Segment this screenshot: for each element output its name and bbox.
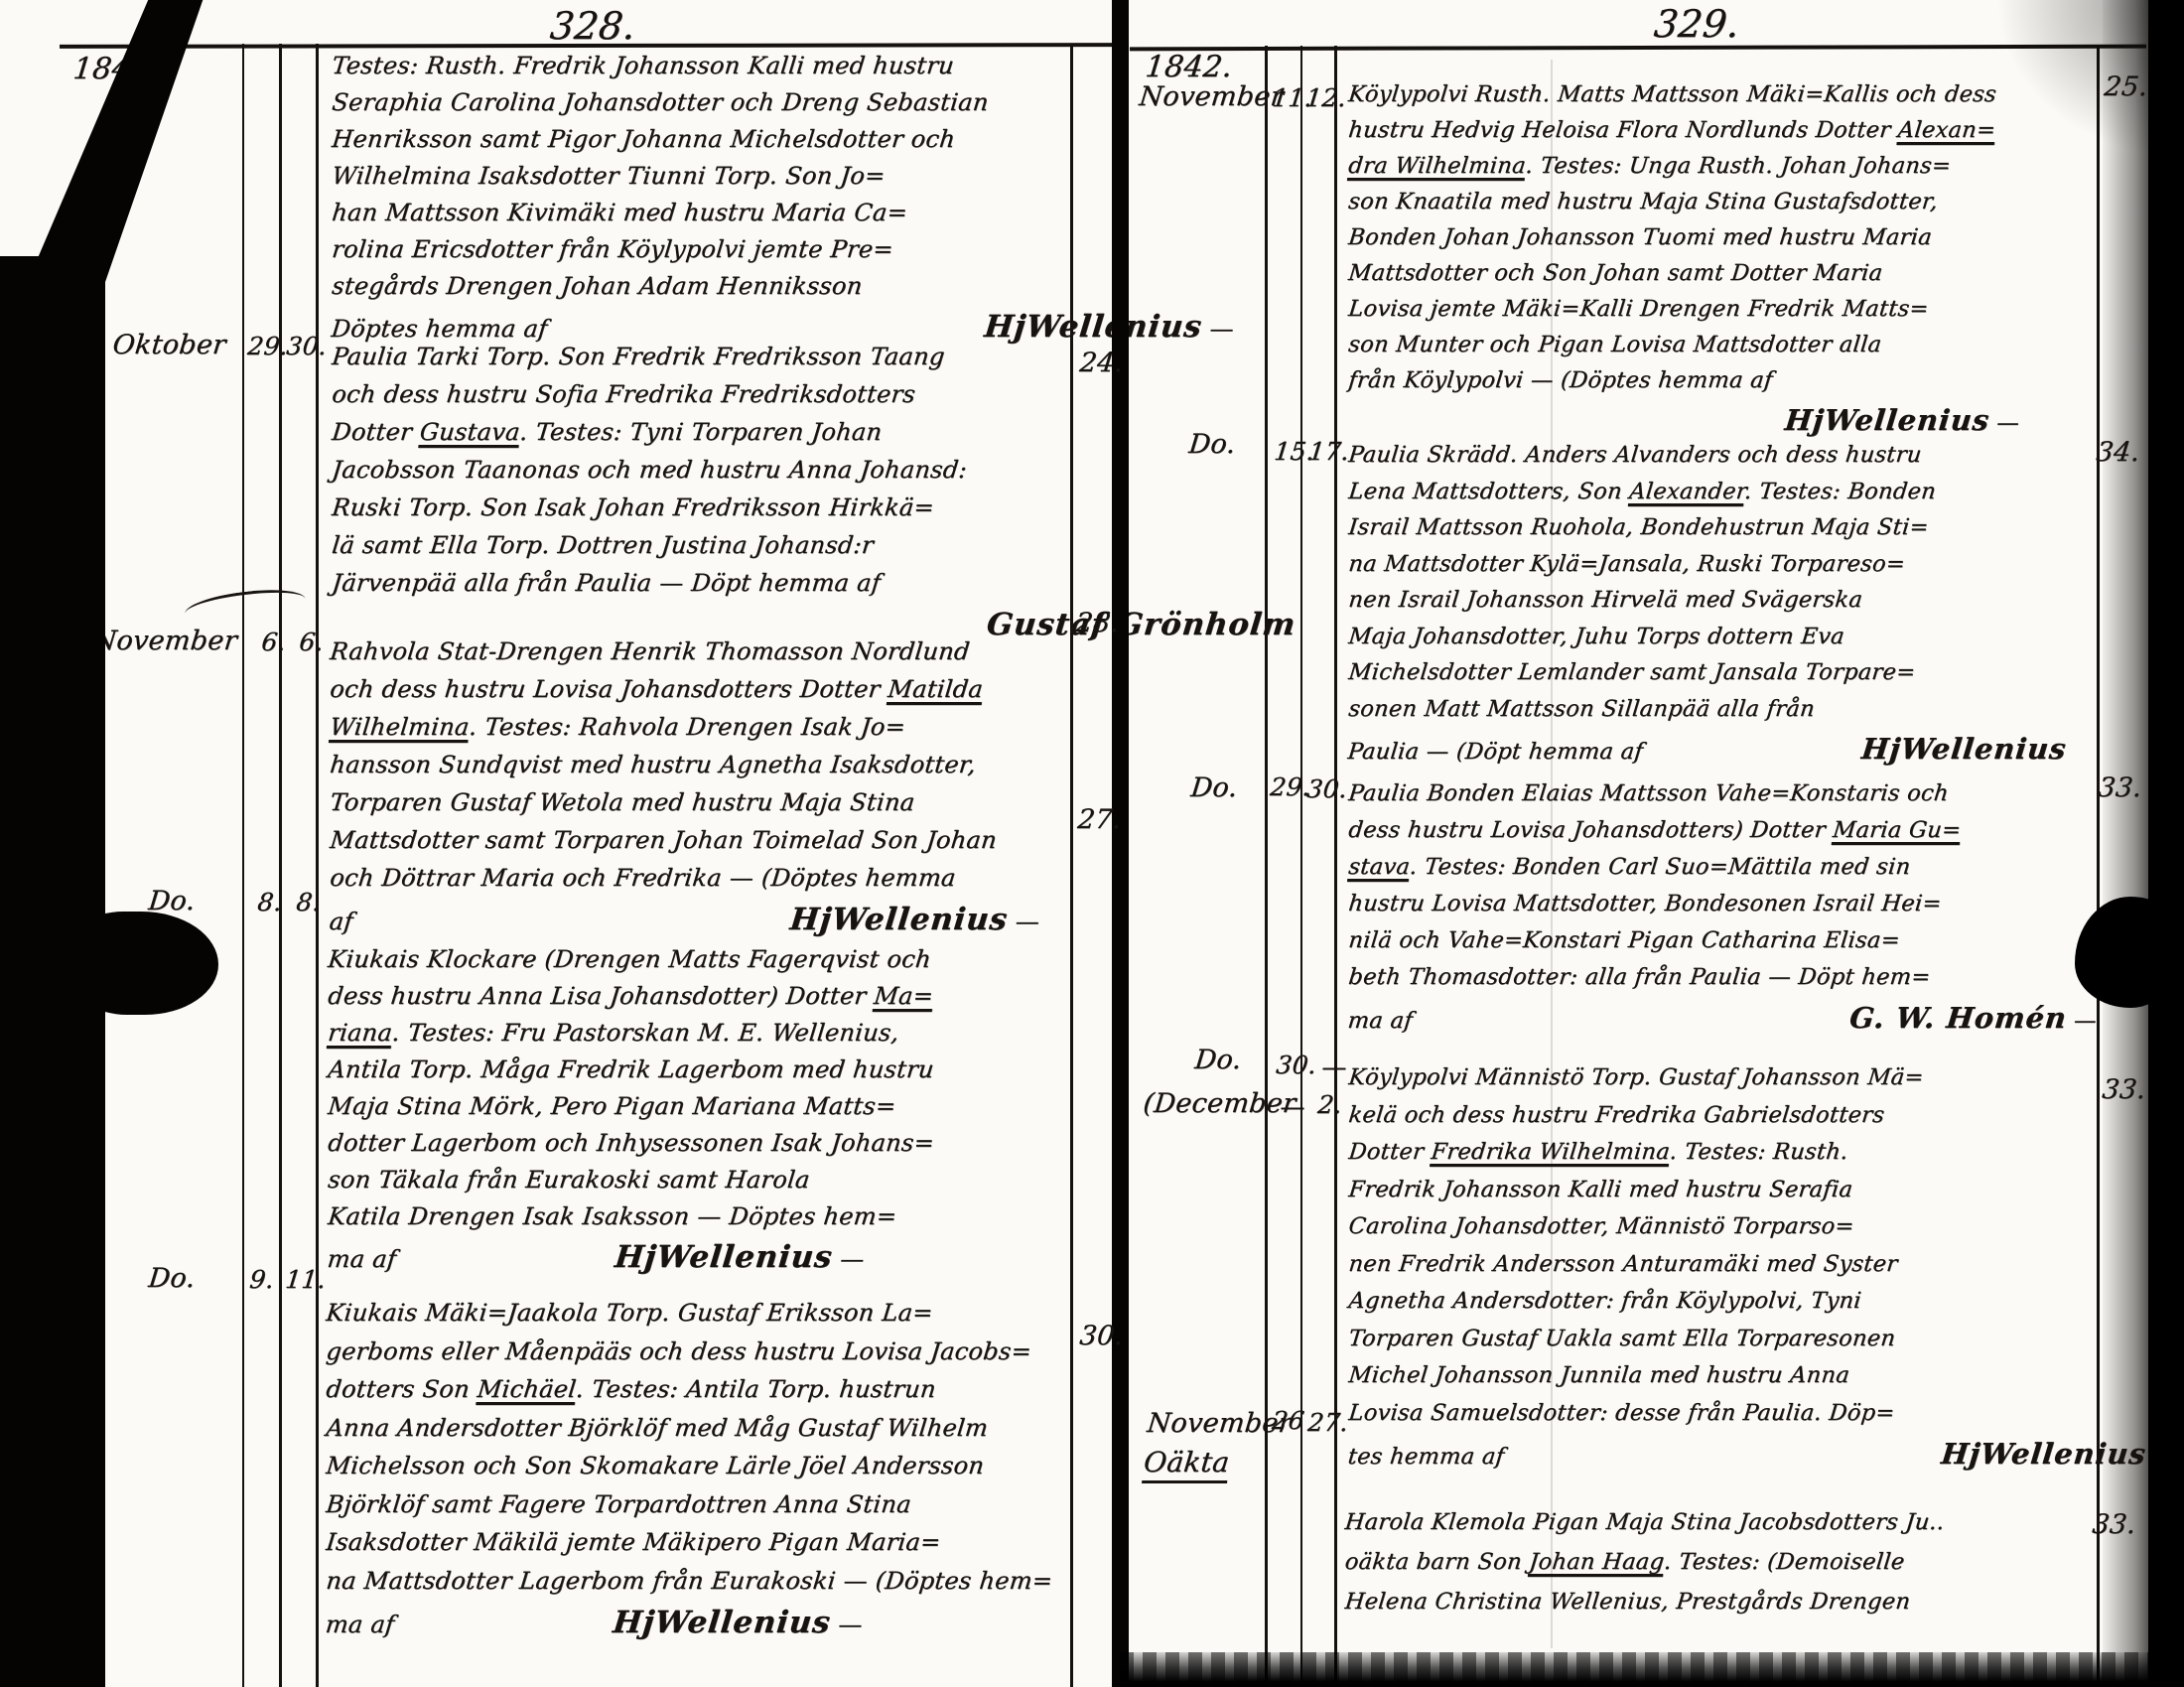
entry-line: stegårds Drengen Johan Adam Henniksson bbox=[330, 272, 1073, 309]
entry-line: Dotter Fredrika Wilhelmina. Testes: Rust… bbox=[1346, 1139, 2097, 1177]
entry-line: Henriksson samt Pigor Johanna Michelsdot… bbox=[330, 125, 1073, 162]
margin-number: 33. bbox=[2101, 1074, 2147, 1105]
entry-line: Lovisa jemte Mäki=Kalli Drengen Fredrik … bbox=[1346, 296, 2097, 332]
margin-number: 34. bbox=[2095, 437, 2141, 468]
date-day-1: 30. bbox=[1275, 1051, 1318, 1079]
entry-line: Harola Klemola Pigan Maja Stina Jacobsdo… bbox=[1342, 1509, 2101, 1549]
margin-number: 25. bbox=[2103, 71, 2149, 102]
entry-line: Maja Stina Mörk, Pero Pigan Mariana Matt… bbox=[326, 1092, 1074, 1129]
margin-number: 33. bbox=[2091, 1509, 2137, 1540]
entry-line: Ruski Torp. Son Isak Johan Fredriksson H… bbox=[330, 493, 1073, 531]
entry-line: nen Israil Johansson Hirvelä med Svägers… bbox=[1346, 587, 2097, 624]
entry-block: Köylypolvi Rusth. Matts Mattsson Mäki=Ka… bbox=[1346, 81, 2093, 439]
date-day-2: 17. bbox=[1307, 437, 1351, 466]
date-day-1: 9. bbox=[248, 1265, 276, 1294]
entry-line: HjWellenius — bbox=[1346, 403, 2097, 439]
decorative-flourish bbox=[184, 585, 308, 629]
entry-line: Lena Mattsdotters, Son Alexander. Testes… bbox=[1346, 479, 2097, 515]
entry-line: Michelsson och Son Skomakare Lärle Jöel … bbox=[324, 1452, 1074, 1490]
entry-line: rolina Ericsdotter från Köylypolvi jemte… bbox=[330, 235, 1073, 272]
register-scan: 328. 329. 1842. 1842. Oktober 29. 30. 24… bbox=[0, 0, 2184, 1687]
signature: HjWellenius bbox=[1783, 403, 1991, 437]
entry-line: ma afHjWellenius — bbox=[326, 1239, 1074, 1276]
entry-line: Mattsdotter samt Torparen Johan Toimelad… bbox=[328, 826, 1074, 864]
entry-line: Anna Andersdotter Björklöf med Måg Gusta… bbox=[324, 1414, 1074, 1453]
date-day-1: 29. bbox=[246, 332, 290, 360]
entry-block: Paulia Skrädd. Anders Alvanders och dess… bbox=[1346, 442, 2093, 769]
entry-line: Agnetha Andersdotter: från Köylypolvi, T… bbox=[1346, 1288, 2097, 1326]
margin-number: 27. bbox=[1076, 804, 1123, 835]
entry-line: Kiukais Klockare (Drengen Matts Fagerqvi… bbox=[326, 945, 1074, 982]
entry-line: från Köylypolvi — (Döptes hemma af bbox=[1346, 367, 2097, 403]
entry-block: Kiukais Klockare (Drengen Matts Fagerqvi… bbox=[326, 945, 1070, 1276]
month-label: Oktober bbox=[111, 330, 227, 360]
column-rule-date1-left bbox=[279, 44, 282, 1687]
entry-line: Torparen Gustaf Wetola med hustru Maja S… bbox=[328, 788, 1074, 826]
entry-line: Wilhelmina. Testes: Rahvola Drengen Isak… bbox=[328, 713, 1074, 751]
entry-line: lä samt Ella Torp. Dottren Justina Johan… bbox=[330, 531, 1073, 569]
date-day-2: 30. bbox=[285, 332, 329, 360]
entry-line: Israil Mattsson Ruohola, Bondehustrun Ma… bbox=[1346, 514, 2097, 551]
top-rule-left-page bbox=[60, 43, 1114, 49]
entry-line: son Täkala från Eurakoski samt Harola bbox=[326, 1166, 1074, 1202]
entry-line: hustru Lovisa Mattsdotter, Bondesonen Is… bbox=[1346, 891, 2097, 927]
entry-line: Wilhelmina Isaksdotter Tiunni Torp. Son … bbox=[330, 162, 1073, 199]
entry-line: Björklöf samt Fagere Torpardottren Anna … bbox=[324, 1490, 1074, 1529]
signature: HjWellenius bbox=[613, 1239, 834, 1275]
entry-block: Harola Klemola Pigan Maja Stina Jacobsdo… bbox=[1342, 1509, 2097, 1628]
entry-line: nilä och Vahe=Konstari Pigan Catharina E… bbox=[1346, 927, 2097, 964]
entry-line: oäkta barn Son Johan Haag. Testes: (Demo… bbox=[1342, 1549, 2101, 1589]
year-label-right: 1842. bbox=[1144, 50, 1234, 84]
entry-line: na Mattsdotter Kylä=Jansala, Ruski Torpa… bbox=[1346, 551, 2097, 588]
entry-line: na Mattsdotter Lagerbom från Eurakoski —… bbox=[324, 1567, 1074, 1606]
date-day-2: 6. bbox=[298, 628, 326, 656]
entry-line: Mattsdotter och Son Johan samt Dotter Ma… bbox=[1346, 260, 2097, 296]
entry-line: Bonden Johan Johansson Tuomi med hustru … bbox=[1346, 224, 2097, 260]
entry-block: Köylypolvi Männistö Torp. Gustaf Johanss… bbox=[1346, 1064, 2093, 1475]
page-number-left: 328. bbox=[548, 4, 637, 48]
month-label: Do. bbox=[147, 1263, 197, 1294]
entry-line: hustru Hedvig Heloisa Flora Nordlunds Do… bbox=[1346, 117, 2097, 153]
entry-line: dotter Lagerbom och Inhysessonen Isak Jo… bbox=[326, 1129, 1074, 1166]
entry-line: beth Thomasdotter: alla från Paulia — Dö… bbox=[1346, 964, 2097, 1001]
entry-line: dess hustru Lovisa Johansdotters) Dotter… bbox=[1346, 817, 2097, 854]
column-rule-date2-right bbox=[1334, 46, 1337, 1687]
entry-block: Paulia Bonden Elaias Mattsson Vahe=Konst… bbox=[1346, 780, 2093, 1038]
note-oakta: Oäkta bbox=[1142, 1446, 1231, 1483]
entry-line: Fredrik Johansson Kalli med hustru Seraf… bbox=[1346, 1177, 2097, 1214]
date-day-2: 30. bbox=[1305, 774, 1349, 803]
entry-line: dess hustru Anna Lisa Johansdotter) Dott… bbox=[326, 982, 1074, 1019]
signature: HjWellenius bbox=[612, 1605, 833, 1640]
entry-line: kelä och dess hustru Fredrika Gabrielsdo… bbox=[1346, 1102, 2097, 1140]
entry-line: han Mattsson Kivimäki med hustru Maria C… bbox=[330, 199, 1073, 235]
signature: HjWellenius bbox=[788, 902, 1010, 937]
month-label: Do. bbox=[1189, 773, 1239, 803]
scan-edge-right bbox=[2148, 0, 2184, 1687]
signature: HjWellenius bbox=[983, 309, 1204, 345]
entry-line: tes hemma afHjWellenius — bbox=[1346, 1437, 2097, 1475]
entry-line: Dotter Gustava. Testes: Tyni Torparen Jo… bbox=[330, 418, 1073, 456]
entry-line: dra Wilhelmina. Testes: Unga Rusth. Joha… bbox=[1346, 153, 2097, 189]
month-label-second: (December bbox=[1142, 1088, 1297, 1119]
entry-line: Paulia Skrädd. Anders Alvanders och dess… bbox=[1346, 442, 2097, 479]
entry-line: Helena Christina Wellenius, Prestgårds D… bbox=[1342, 1589, 2101, 1628]
entry-block: Testes: Rusth. Fredrik Johansson Kalli m… bbox=[330, 52, 1069, 346]
entry-line: Paulia — (Döpt hemma afHjWellenius bbox=[1346, 732, 2097, 769]
entry-line: Paulia Tarki Torp. Son Fredrik Fredrikss… bbox=[330, 343, 1073, 380]
date-day-1: 6. bbox=[260, 628, 288, 656]
entry-line: Järvenpää alla från Paulia — Döpt hemma … bbox=[330, 569, 1073, 607]
entry-block: Paulia Tarki Torp. Son Fredrik Fredrikss… bbox=[330, 343, 1069, 644]
entry-line: sonen Matt Mattsson Sillanpää alla från bbox=[1346, 696, 2097, 733]
entry-line: Köylypolvi Männistö Torp. Gustaf Johanss… bbox=[1346, 1064, 2097, 1102]
entry-line: son Munter och Pigan Lovisa Mattsdotter … bbox=[1346, 332, 2097, 367]
entry-block: Rahvola Stat-Drengen Henrik Thomasson No… bbox=[328, 637, 1070, 939]
signature: G. W. Homén bbox=[1847, 1001, 2068, 1035]
entry-line: ma afHjWellenius — bbox=[324, 1605, 1074, 1643]
entry-line: son Knaatila med hustru Maja Stina Gusta… bbox=[1346, 189, 2097, 224]
top-rule-right-page bbox=[1130, 45, 2146, 52]
margin-number: 28. bbox=[1074, 608, 1121, 638]
entry-line: Katila Drengen Isak Isaksson — Döptes he… bbox=[326, 1202, 1074, 1239]
date-day-2: 27. bbox=[1306, 1408, 1350, 1437]
page-number-right: 329. bbox=[1652, 2, 1741, 46]
entry-line: Döptes hemma afHjWellenius — bbox=[330, 309, 1073, 346]
entry-line: ma afG. W. Homén — bbox=[1346, 1001, 2097, 1038]
entry-line: Kiukais Mäki=Jaakola Torp. Gustaf Erikss… bbox=[324, 1299, 1074, 1337]
column-rule-month-left bbox=[242, 44, 244, 1687]
entry-line: afHjWellenius — bbox=[328, 902, 1074, 939]
month-label: November bbox=[91, 626, 239, 656]
gutter-divider bbox=[1112, 0, 1129, 1687]
entry-line: riana. Testes: Fru Pastorskan M. E. Well… bbox=[326, 1019, 1074, 1055]
month-label: Do. bbox=[1187, 429, 1237, 460]
entry-line: och dess hustru Lovisa Johansdotters Dot… bbox=[328, 675, 1074, 713]
bottom-tear-edge bbox=[1120, 1652, 2184, 1687]
month-label: November bbox=[1138, 81, 1286, 112]
entry-line: Seraphia Carolina Johansdotter och Dreng… bbox=[330, 88, 1073, 125]
entry-line: Lovisa Samuelsdotter: desse från Paulia.… bbox=[1346, 1400, 2097, 1438]
margin-number: 24. bbox=[1078, 348, 1125, 378]
entry-line: och dess hustru Sofia Fredrika Fredriksd… bbox=[330, 380, 1073, 418]
date-day-2: 11. bbox=[284, 1265, 328, 1294]
entry-line: Jacobsson Taanonas och med hustru Anna J… bbox=[330, 456, 1073, 493]
entry-line: och Döttrar Maria och Fredrika — (Döptes… bbox=[328, 864, 1074, 902]
ink-blob-left bbox=[68, 912, 218, 1015]
entry-line: Torparen Gustaf Uakla samt Ella Torpares… bbox=[1346, 1326, 2097, 1363]
month-label: Do. bbox=[1193, 1045, 1243, 1075]
entry-line: Testes: Rusth. Fredrik Johansson Kalli m… bbox=[330, 52, 1073, 88]
entry-line: Carolina Johansdotter, Männistö Torparso… bbox=[1346, 1213, 2097, 1251]
entry-line: Rahvola Stat-Drengen Henrik Thomasson No… bbox=[328, 637, 1074, 675]
entry-line: stava. Testes: Bonden Carl Suo=Mättila m… bbox=[1346, 854, 2097, 891]
column-rule-month-right bbox=[1265, 46, 1268, 1687]
margin-number: 33. bbox=[2097, 773, 2143, 803]
entry-line: nen Fredrik Andersson Anturamäki med Sys… bbox=[1346, 1251, 2097, 1289]
entry-line: Isaksdotter Mäkilä jemte Mäkipero Pigan … bbox=[324, 1528, 1074, 1567]
entry-line: Paulia Bonden Elaias Mattsson Vahe=Konst… bbox=[1346, 780, 2097, 817]
entry-line: dotters Son Michäel. Testes: Antila Torp… bbox=[324, 1375, 1074, 1414]
entry-line: Maja Johansdotter, Juhu Torps dottern Ev… bbox=[1346, 624, 2097, 660]
column-rule-date1-right bbox=[1300, 46, 1302, 1687]
column-rule-date2-left bbox=[316, 44, 319, 1687]
entry-line: gerboms eller Måenpääs och dess hustru L… bbox=[324, 1337, 1074, 1376]
entry-block: Kiukais Mäki=Jaakola Torp. Gustaf Erikss… bbox=[324, 1299, 1070, 1643]
margin-number: 30. bbox=[1078, 1321, 1125, 1351]
entry-line: Köylypolvi Rusth. Matts Mattsson Mäki=Ka… bbox=[1346, 81, 2097, 117]
date-day-2b: 2. bbox=[1316, 1090, 1344, 1119]
entry-line: Michel Johansson Junnila med hustru Anna bbox=[1346, 1362, 2097, 1400]
entry-line: hansson Sundqvist med hustru Agnetha Isa… bbox=[328, 751, 1074, 788]
date-day-2: 12. bbox=[1304, 83, 1348, 112]
date-day-1b: — bbox=[1279, 1092, 1306, 1121]
entry-line: Antila Torp. Måga Fredrik Lagerbom med h… bbox=[326, 1055, 1074, 1092]
signature: HjWellenius bbox=[1860, 732, 2069, 766]
entry-line: Michelsdotter Lemlander samt Jansala Tor… bbox=[1346, 659, 2097, 696]
